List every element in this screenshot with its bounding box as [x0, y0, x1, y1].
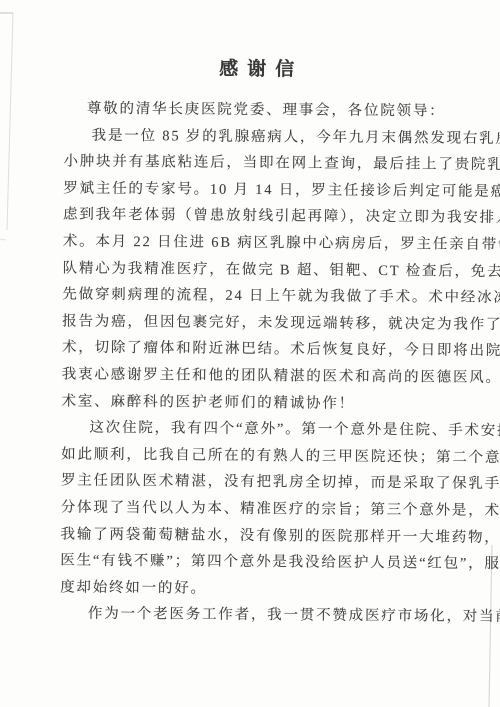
letter-text-block: 尊敬的清华长庚医院党委、理事会，各位院领导： 我是一位 85 岁的乳腺癌病人，今…	[60, 96, 476, 631]
letter-title: 感谢信	[64, 53, 458, 83]
letter-line: 术。本月 22 日住进 6B 病区乳腺中心病房后，罗主任亲自带领他的团	[63, 228, 475, 258]
letter-line: 这次住院，我有四个“意外”。第一个意外是住院、手术安排得	[61, 415, 473, 445]
letter-line: 小肿块并有基底粘连后，当即在网上查询，最后挂上了贵院乳腺中心	[63, 149, 475, 179]
letter-line: 术，切除了瘤体和附近淋巴结。术后恢复良好，今日即将出院。在此，	[62, 335, 474, 365]
letter-line: 先做穿刺病理的流程，24 日上午就为我做了手术。术中经冰冻切片	[62, 282, 474, 312]
letter-line: 队精心为我精准医疗，在做完 B 超、钼靶、CT 检查后，免去了常规	[63, 255, 475, 285]
letter-line: 分体现了当代以人为本、精准医疗的宗旨；第三个意外是，术后只给	[61, 494, 473, 524]
letter-line: 罗斌主任的专家号。10 月 14 日，罗主任接诊后判定可能是癌变，考	[63, 175, 475, 205]
letter-line: 我输了两袋葡萄糖盐水，没有像别的医院那样开一大堆药物，医院和	[60, 521, 472, 551]
greeting-line: 尊敬的清华长庚医院党委、理事会，各位院领导：	[64, 96, 476, 126]
letter-line: 度却始终如一的好。	[60, 574, 472, 604]
letter-line: 术室、麻醉科的医护老师们的精诚协作！	[61, 388, 473, 418]
letter-line: 我是一位 85 岁的乳腺癌病人，今年九月末偶然发现右乳房外侧	[64, 122, 476, 152]
letter-line: 作为一个老医务工作者，我一贯不赞成医疗市场化，对当前医疗	[60, 601, 472, 631]
scanned-letter-page: 感谢信 尊敬的清华长庚医院党委、理事会，各位院领导： 我是一位 85 岁的乳腺癌…	[0, 0, 500, 707]
letter-line: 我衷心感谢罗主任和他的团队精湛的医术和高尚的医德医风。感谢手	[62, 361, 474, 391]
letter-line: 虑到我年老体弱（曾患放射线引起再障），决定立即为我安排入院手	[63, 202, 475, 232]
letter-line: 罗主任团队医术精湛，没有把乳房全切掉，而是采取了保乳手术，充	[61, 468, 473, 498]
letter-line: 报告为癌，但因包裹完好，未发现远端转移，就决定为我作了保乳手	[62, 308, 474, 338]
letter-line: 如此顺利，比我自己所在的有熟人的三甲医院还快；第二个意外是，	[61, 441, 473, 471]
letter-body: 感谢信 尊敬的清华长庚医院党委、理事会，各位院领导： 我是一位 85 岁的乳腺癌…	[0, 0, 500, 707]
letter-line: 医生“有钱不赚”；第四个意外是我没给医护人员送“红包”，服务态	[60, 548, 472, 578]
